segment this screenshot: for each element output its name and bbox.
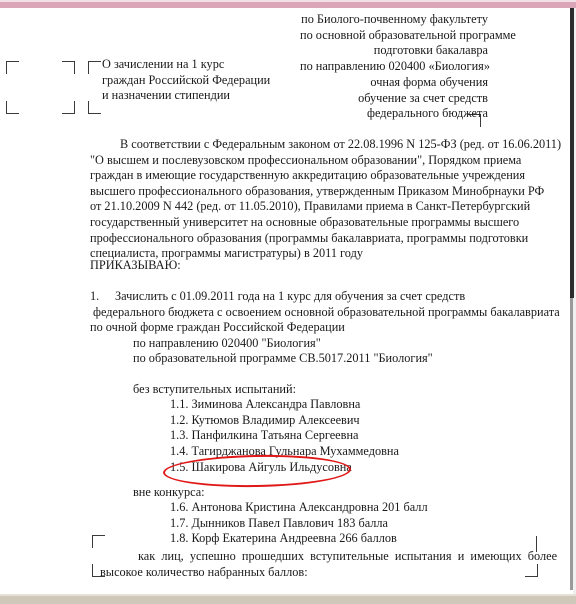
item-number: 1. [90,289,99,305]
window-status-bar [0,596,576,604]
document-title: О зачислении на 1 курс граждан Российско… [102,57,270,104]
addressee-line: федерального бюджета [300,106,488,122]
preamble-line: от 21.10.2009 N 442 (ред. от 11.05.2010)… [90,199,502,215]
addressee-line: по Биолого-почвенному факультету [300,12,488,28]
preamble-line: "О высшем и послевузовском профессиональ… [90,153,502,169]
order-heading: ПРИКАЗЫВАЮ: [90,258,181,274]
window-title-bar [0,2,576,8]
item-line: Зачислить с 01.09.2011 года на 1 курс дл… [115,289,465,305]
page-right-border-lower [570,298,573,590]
addressee-line: обучение за счет средств [300,91,488,107]
out-of-competition-heading: вне конкурса: [133,485,205,501]
corner-mark-icon [92,535,105,548]
addressee-line: по основной образовательной программе [300,28,488,44]
direction-line: по направлению 020400 "Биология" [133,336,321,352]
item-line: по очной форме граждан Российской Федера… [90,320,345,336]
title-line: О зачислении на 1 курс [102,57,270,73]
preamble-line: граждан в имеющие государственную аккред… [90,168,502,184]
addressee-line: очная форма обучения [300,75,488,91]
preamble-paragraph: В соответствии с Федеральным законом от … [90,137,502,262]
title-line: и назначении стипендии [102,88,270,104]
corner-mark-icon [88,101,101,114]
closing-line: как лиц, успешно прошедших вступительные… [138,549,538,565]
student-row: 1.8. Корф Екатерина Андреевна 266 баллов [170,531,397,547]
corner-mark-icon [62,101,75,114]
without-exams-heading: без вступительных испытаний: [133,382,296,398]
student-row: 1.3. Панфилкина Татьяна Сергеевна [170,428,359,444]
page-right-border [570,8,574,298]
title-line: граждан Российской Федерации [102,73,270,89]
corner-mark-icon [6,101,19,114]
closing-line: высокое количество набранных баллов: [100,565,308,581]
student-row: 1.7. Дынников Павел Павлович 183 балла [170,516,388,532]
preamble-line: государственный университет на основные … [90,215,502,231]
student-row: 1.1. Зиминова Александра Павловна [170,397,360,413]
document-addressee: по Биолого-почвенному факультету по осно… [300,12,488,122]
item-line: федерального бюджета с освоением основно… [93,305,560,321]
addressee-line: подготовки бакалавра [300,43,488,59]
program-line: по образовательной программе СВ.5017.201… [133,351,433,367]
corner-mark-icon [6,61,19,74]
corner-mark-icon [62,61,75,74]
corner-mark-icon [88,61,101,74]
student-row: 1.2. Кутюмов Владимир Алексеевич [170,413,360,429]
preamble-line: высшего профессионального образования, у… [90,184,502,200]
addressee-line: по направлению 020400 «Биология» [300,59,488,75]
preamble-line: профессионального образования (программы… [90,231,502,247]
student-row: 1.6. Антонова Кристина Александровна 201… [170,500,428,516]
corner-mark-icon [525,564,538,577]
preamble-line: В соответствии с Федеральным законом от … [90,137,502,153]
